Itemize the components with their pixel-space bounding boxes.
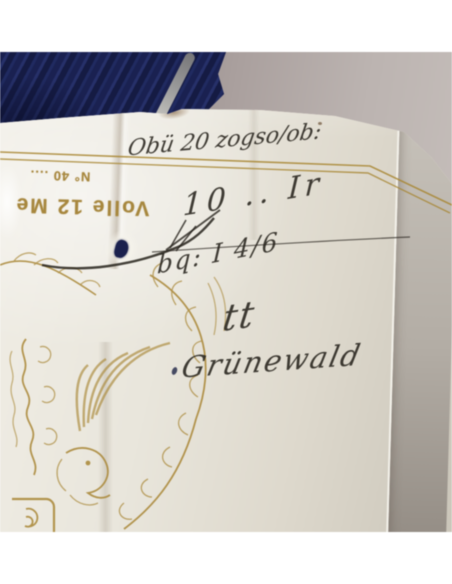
- ink-flourish-graphic: [0, 52, 452, 532]
- handwriting-line-4: tt: [220, 293, 259, 340]
- paper-label: Volle 12 Me N° 40 ....: [0, 52, 452, 532]
- photograph: Volle 12 Me N° 40 ....: [0, 52, 452, 532]
- photo-frame: Volle 12 Me N° 40 ....: [0, 0, 452, 584]
